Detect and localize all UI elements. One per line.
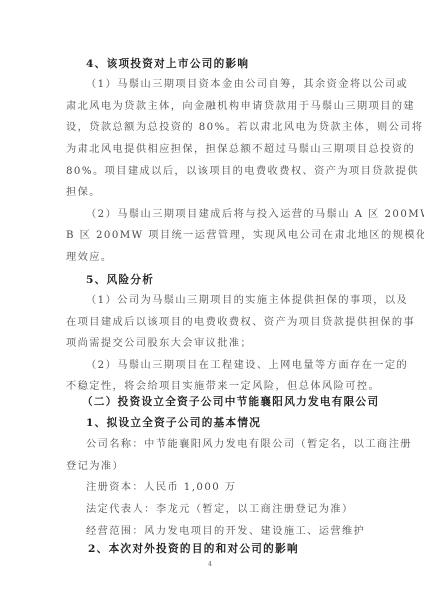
paragraph-line: 担保。 — [66, 186, 362, 200]
paragraph-line: 不稳定性，将会给项目实施带来一定风险，但总体风险可控。 — [66, 380, 362, 394]
paragraph-line: （1）马鬃山三期项目资本金由公司自筹，其余资金将以公司或 — [86, 78, 362, 92]
page-number: 4 — [208, 561, 212, 568]
paragraph-line: 为肃北风电提供相应担保，担保总额不超过马鬃山三期项目总投资的 — [66, 143, 362, 157]
paragraph-line: 项尚需提交公司股东大会审议批准； — [66, 337, 362, 351]
paragraph-line: B 区 200MW 项目统一运营管理，实现风电公司在肃北地区的规模化管 — [66, 229, 362, 243]
subsection-1-heading: 1、拟设立全资子公司的基本情况 — [86, 416, 382, 430]
section-5-heading: 5、风险分析 — [86, 273, 382, 287]
document-page: 4、该项投资对上市公司的影响 （1）马鬃山三期项目资本金由公司自筹，其余资金将以… — [0, 0, 424, 600]
paragraph-line: 肃北风电为贷款主体，向金融机构申请贷款用于马鬃山三期项目的建 — [66, 100, 362, 114]
section-er-heading: （二）投资设立全资子公司中节能襄阳风力发电有限公司 — [82, 395, 378, 409]
company-name-line: 公司名称：中节能襄阳风力发电有限公司（暂定名，以工商注册 — [86, 438, 362, 452]
registered-capital: 注册资本：人民币 1,000 万 — [86, 481, 362, 495]
paragraph-line: 理效应。 — [66, 251, 362, 265]
subsection-2-heading: 2、本次对外投资的目的和对公司的影响 — [88, 542, 384, 556]
paragraph-line: （1）公司为马鬃山三期项目的实施主体提供担保的事项，以及 — [86, 294, 362, 308]
business-scope: 经营范围：风力发电项目的开发、建设施工、运营维护 — [86, 525, 362, 539]
company-name-line: 登记为准） — [66, 460, 362, 474]
paragraph-line: （2）马鬃山三期项目建成后将与投入运营的马鬃山 A 区 200MW、 — [86, 208, 362, 222]
paragraph-line: 在项目建成后以该项目的电费收费权、资产为项目贷款提供担保的事 — [66, 316, 362, 330]
section-4-heading: 4、该项投资对上市公司的影响 — [86, 57, 382, 71]
paragraph-line: 80%。项目建成以后，以该项目的电费收费权、资产为项目贷款提供 — [66, 165, 362, 179]
legal-representative: 法定代表人：李龙元（暂定，以工商注册登记为准） — [86, 503, 362, 517]
paragraph-line: 设，贷款总额为总投资的 80%。若以肃北风电为贷款主体，则公司将 — [66, 121, 362, 135]
paragraph-line: （2）马鬃山三期项目在工程建设、上网电量等方面存在一定的 — [86, 359, 362, 373]
